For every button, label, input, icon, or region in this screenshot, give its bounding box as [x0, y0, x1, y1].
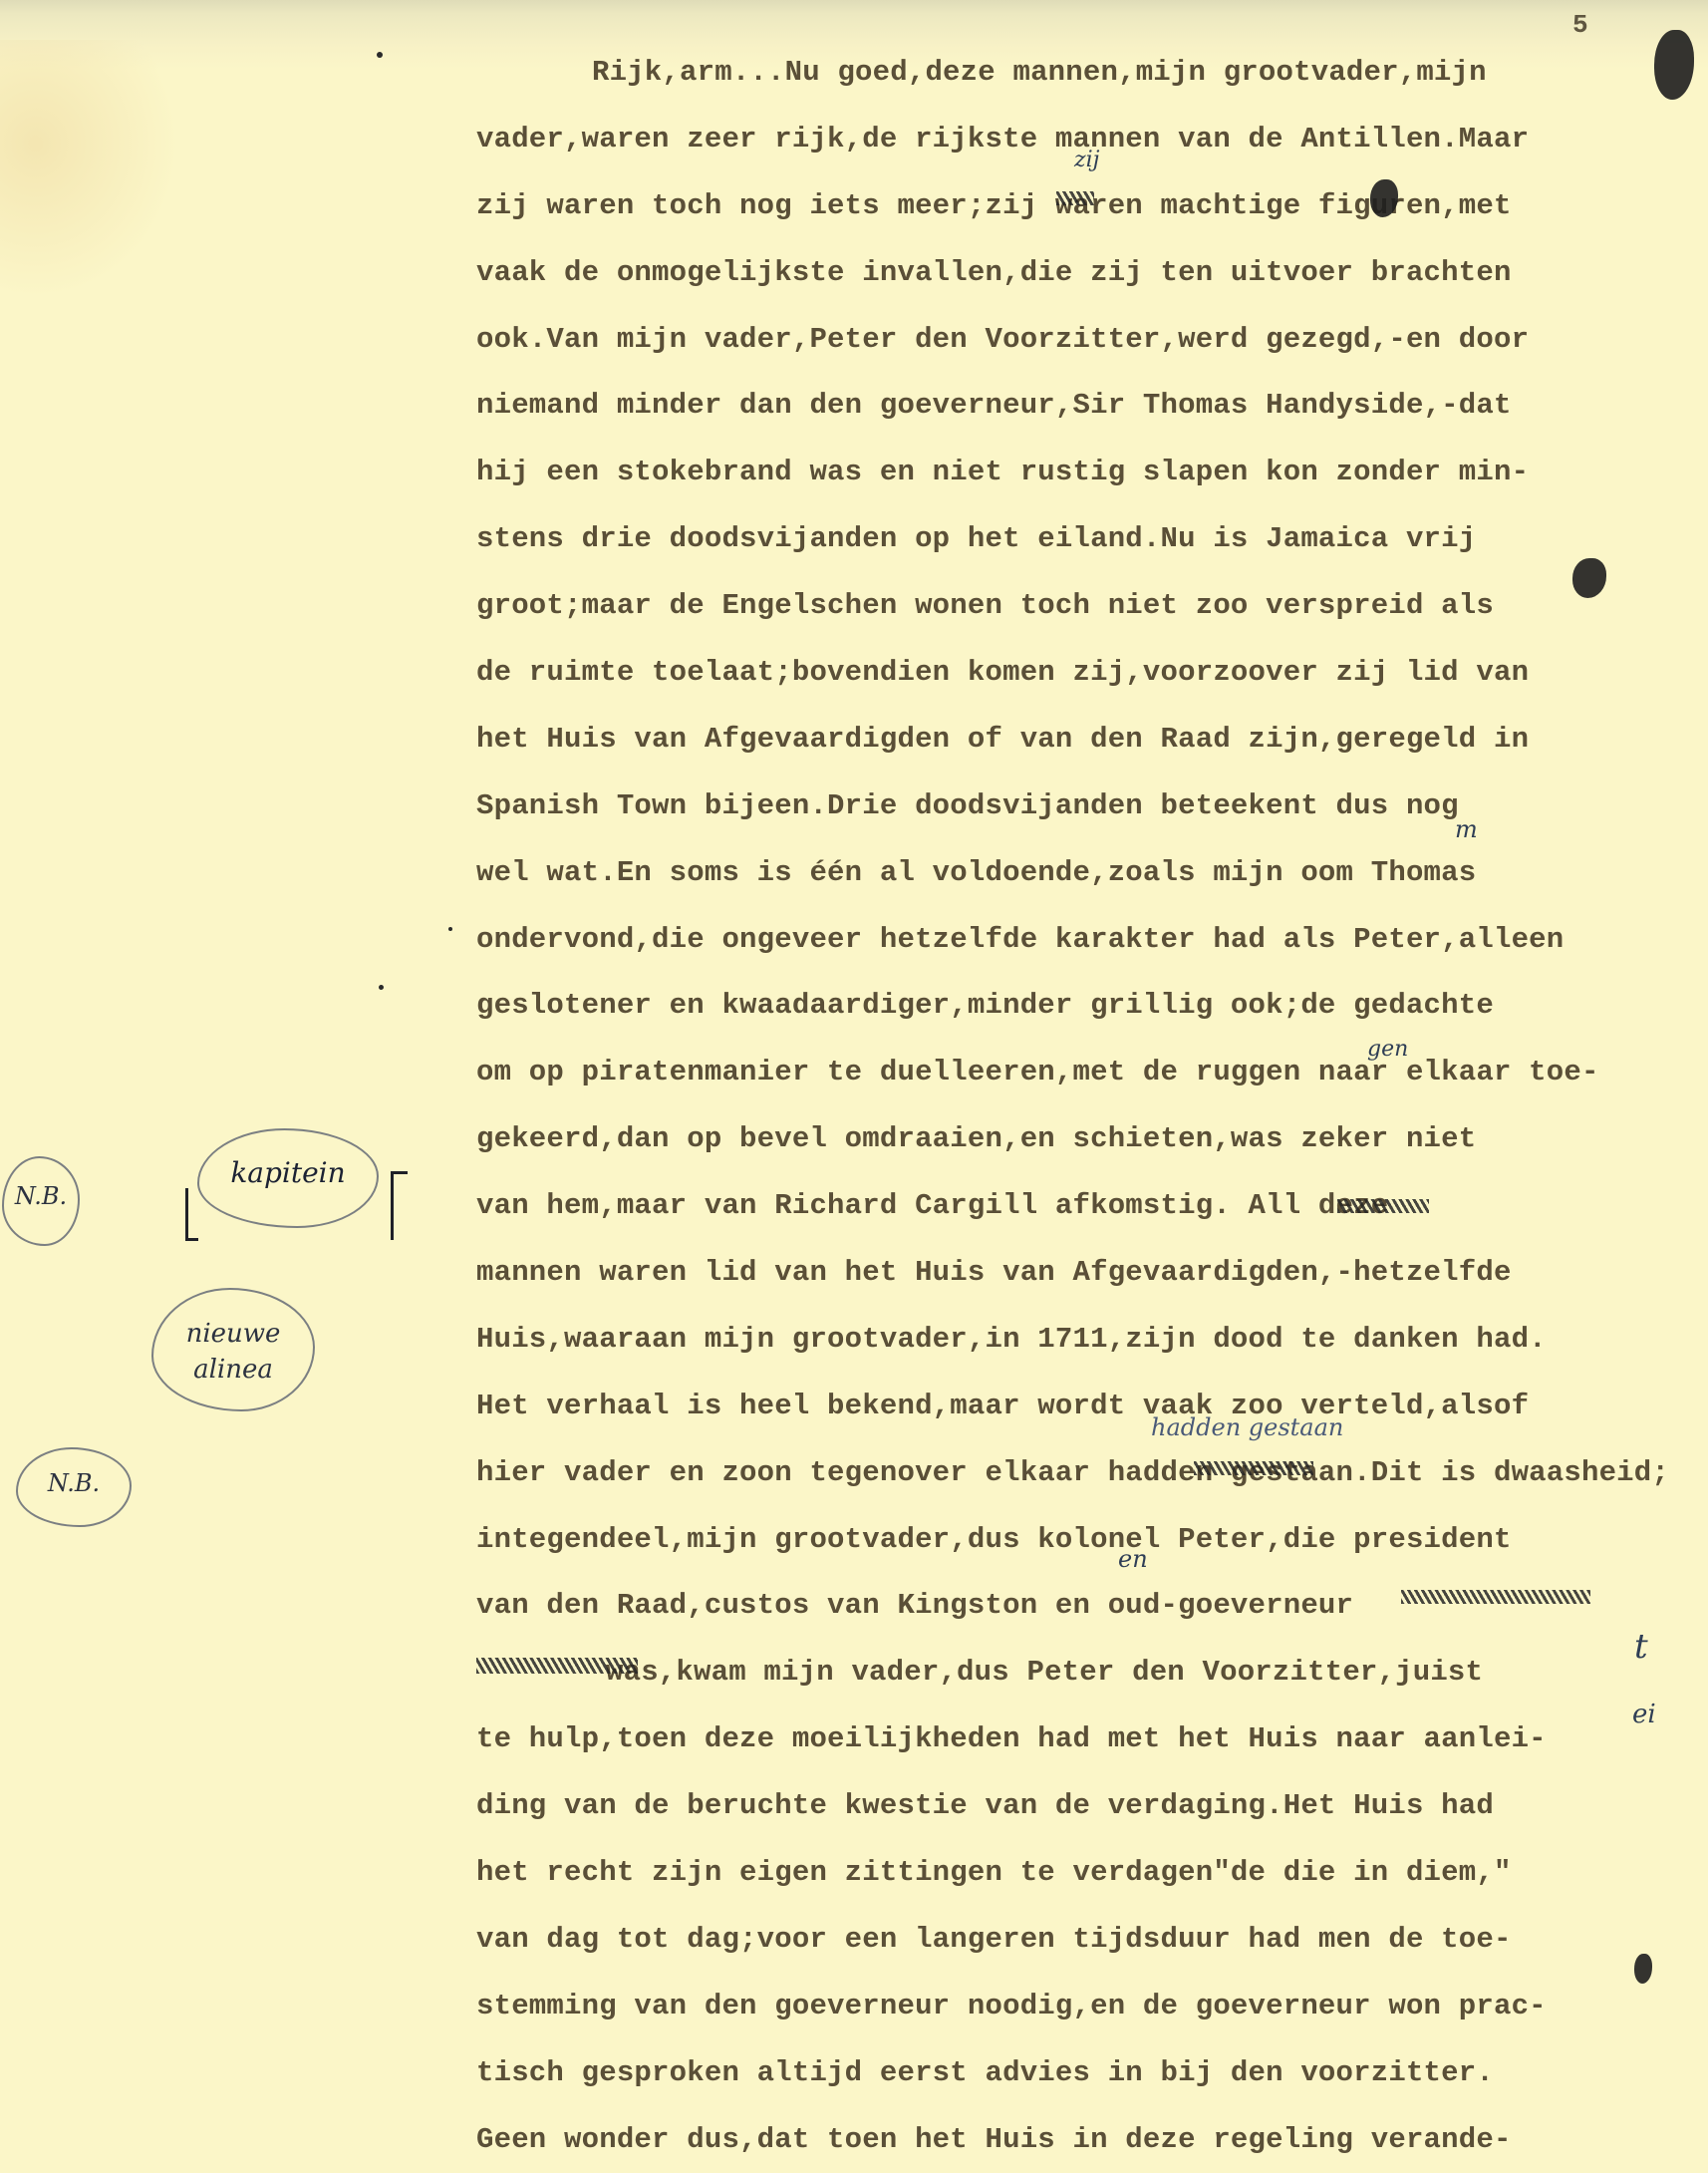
typed-line: vaak de onmogelijkste invallen,die zij t…	[476, 240, 1692, 307]
typed-line: groot;maar de Engelschen wonen toch niet…	[476, 573, 1692, 640]
margin-note-nb-2-text: N.B.	[18, 1469, 130, 1497]
typed-line: van den Raad,custos van Kingston en oud-…	[476, 1573, 1692, 1640]
typed-line: tisch gesproken altijd eerst advies in b…	[476, 2040, 1692, 2107]
typed-line: om op piratenmanier te duelleeren,met de…	[476, 1040, 1692, 1106]
ink-dot	[379, 985, 384, 990]
handwritten-insert-zij: zij	[1074, 148, 1099, 172]
typewritten-body: Rijk,arm...Nu goed,deze mannen,mijn groo…	[476, 40, 1692, 2173]
ink-dot	[377, 52, 383, 58]
margin-note-nb-1: N.B.	[2, 1156, 80, 1246]
strikethrough-scribble	[1337, 1199, 1429, 1213]
typed-line: Rijk,arm...Nu goed,deze mannen,mijn groo…	[476, 40, 1692, 107]
margin-note-kapitein: kapitein	[197, 1128, 379, 1228]
typed-line: niemand minder dan den goeverneur,Sir Th…	[476, 373, 1692, 440]
open-bracket-mark	[185, 1188, 198, 1241]
typed-line: was,kwam mijn vader,dus Peter den Voorzi…	[476, 1640, 1692, 1707]
typed-line: ding van de beruchte kwestie van de verd…	[476, 1773, 1692, 1840]
handwritten-insert-m: m	[1455, 815, 1478, 843]
typed-line: Geen wonder dus,dat toen het Huis in dez…	[476, 2107, 1692, 2173]
close-bracket-mark	[391, 1171, 408, 1240]
typed-line: ondervond,die ongeveer hetzelfde karakte…	[476, 907, 1692, 974]
manuscript-page: 5 Rijk,arm...Nu goed,deze mannen,mijn gr…	[0, 0, 1708, 2173]
typed-line: Spanish Town bijeen.Drie doodsvijanden b…	[476, 774, 1692, 840]
strikethrough-scribble	[1401, 1590, 1590, 1604]
page-number: 5	[1572, 10, 1588, 40]
typed-line: van hem,maar van Richard Cargill afkomst…	[476, 1173, 1692, 1240]
margin-note-nb-1-text: N.B.	[4, 1182, 78, 1210]
margin-note-nb-2: N.B.	[16, 1447, 132, 1527]
strikethrough-scribble	[1194, 1461, 1313, 1475]
margin-note-nieuwe-alinea-text: nieuwe alinea	[153, 1316, 313, 1388]
ink-dot	[448, 927, 452, 931]
typed-line: integendeel,mijn grootvader,dus kolonel …	[476, 1507, 1692, 1574]
typed-line: ook.Van mijn vader,Peter den Voorzitter,…	[476, 307, 1692, 374]
typed-line: stemming van den goeverneur noodig,en de…	[476, 1974, 1692, 2040]
margin-note-nieuwe-alinea: nieuwe alinea	[151, 1288, 315, 1411]
typed-line: Het verhaal is heel bekend,maar wordt va…	[476, 1374, 1692, 1440]
strikethrough-scribble	[1056, 191, 1094, 205]
typed-line: het Huis van Afgevaardigden of van den R…	[476, 707, 1692, 774]
typed-line: hij een stokebrand was en niet rustig sl…	[476, 440, 1692, 506]
paper-stain	[0, 40, 179, 299]
typed-line: geslotener en kwaadaardiger,minder grill…	[476, 973, 1692, 1040]
handwritten-insert-hadden-gestaan: hadden gestaan	[1151, 1413, 1343, 1441]
handwritten-insert-ei: ei	[1632, 1700, 1656, 1729]
typed-line: het recht zijn eigen zittingen te verdag…	[476, 1840, 1692, 1907]
typed-line: gekeerd,dan op bevel omdraaien,en schiet…	[476, 1106, 1692, 1173]
typed-line: te hulp,toen deze moeilijkheden had met …	[476, 1707, 1692, 1773]
handwritten-insert-t: t	[1634, 1627, 1648, 1667]
handwritten-insert-en: en	[1118, 1545, 1148, 1573]
typed-line: Huis,waaraan mijn grootvader,in 1711,zij…	[476, 1307, 1692, 1374]
typed-line: mannen waren lid van het Huis van Afgeva…	[476, 1240, 1692, 1307]
typed-line: zij waren toch nog iets meer;zij waren m…	[476, 173, 1692, 240]
margin-note-kapitein-text: kapitein	[199, 1156, 377, 1189]
typed-line: hier vader en zoon tegenover elkaar hadd…	[476, 1440, 1692, 1507]
typed-line: van dag tot dag;voor een langeren tijdsd…	[476, 1907, 1692, 1974]
typed-line: de ruimte toelaat;bovendien komen zij,vo…	[476, 640, 1692, 707]
typed-line: stens drie doodsvijanden op het eiland.N…	[476, 506, 1692, 573]
typed-line: wel wat.En soms is één al voldoende,zoal…	[476, 840, 1692, 907]
strikethrough-scribble	[476, 1658, 638, 1674]
handwritten-insert-gen: gen	[1367, 1037, 1408, 1062]
